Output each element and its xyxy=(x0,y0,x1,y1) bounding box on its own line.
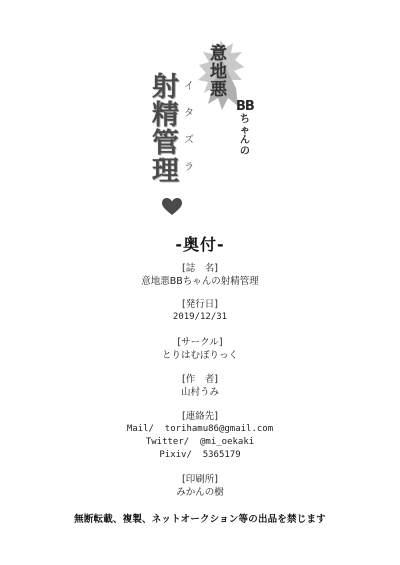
title-shasei-kanri: 射 精 管 理 xyxy=(152,74,179,185)
section-value: 2019/12/31 xyxy=(0,311,400,324)
section-label: [サークル] xyxy=(0,336,400,349)
title-char: 射 xyxy=(152,74,179,101)
title-ijiwaru: 意 地 悪 xyxy=(210,46,227,99)
section-contact: [連絡先] Mail/ torihamu86@gmail.com Twitter… xyxy=(0,410,400,462)
ruby-char: イ xyxy=(184,82,194,92)
title-char: 意 xyxy=(210,46,227,63)
colophon-page: 意 地 悪 BB ち ゃ ん の 射 精 管 理 イ タ ズ ラ -奥付- xyxy=(0,0,400,565)
section-circle: [サークル] とりはむぽりっく xyxy=(0,336,400,362)
section-title: [誌 名] 意地悪BBちゃんの射精管理 xyxy=(0,262,400,288)
section-value: 意地悪BBちゃんの射精管理 xyxy=(0,275,400,288)
title-bb-chan: BB ち ゃ ん の xyxy=(236,100,254,157)
colophon-heading: -奥付- xyxy=(0,232,400,255)
section-publish-date: [発行日] 2019/12/31 xyxy=(0,298,400,324)
ruby-char: ラ xyxy=(184,163,194,173)
title-char: 地 xyxy=(210,64,227,81)
section-label: [誌 名] xyxy=(0,262,400,275)
title-char: 悪 xyxy=(210,82,227,99)
heart-icon xyxy=(162,198,182,216)
section-author: [作 者] 山村うみ xyxy=(0,373,400,399)
title-bb: BB xyxy=(236,100,254,113)
contact-mail: Mail/ torihamu86@gmail.com xyxy=(0,423,400,436)
title-logo: 意 地 悪 BB ち ゃ ん の 射 精 管 理 イ タ ズ ラ xyxy=(150,38,260,213)
copyright-notice: 無断転載、複製、ネットオークション等の出品を禁じます xyxy=(0,511,400,525)
section-label: [作 者] xyxy=(0,373,400,386)
title-char: ち xyxy=(240,115,250,126)
title-char: 精 xyxy=(152,102,179,129)
section-value: みかんの樹 xyxy=(0,486,400,499)
title-char: 理 xyxy=(152,158,179,185)
title-ruby-itazura: イ タ ズ ラ xyxy=(184,82,194,173)
title-char: 管 xyxy=(152,130,179,157)
section-label: [印刷所] xyxy=(0,473,400,486)
ruby-char: タ xyxy=(184,109,194,119)
section-label: [連絡先] xyxy=(0,410,400,423)
contact-pixiv: Pixiv/ 5365179 xyxy=(0,449,400,462)
contact-twitter: Twitter/ @mi_oekaki xyxy=(0,436,400,449)
title-char: の xyxy=(240,147,250,158)
section-value: 山村うみ xyxy=(0,386,400,399)
ruby-char: ズ xyxy=(184,136,194,146)
section-printer: [印刷所] みかんの樹 xyxy=(0,473,400,499)
section-label: [発行日] xyxy=(0,298,400,311)
section-value: とりはむぽりっく xyxy=(0,349,400,362)
title-char: ん xyxy=(240,136,250,147)
